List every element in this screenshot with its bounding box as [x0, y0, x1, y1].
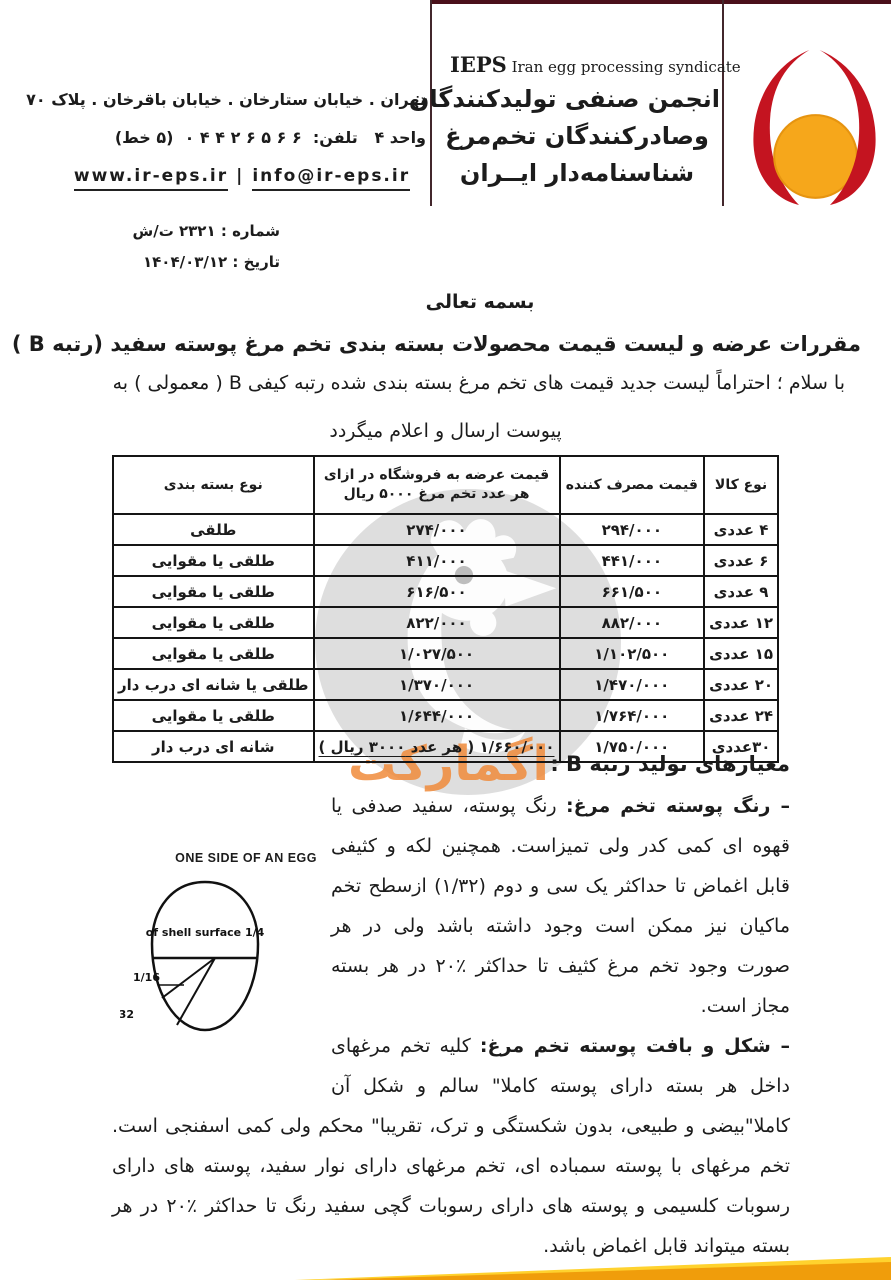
- email-link[interactable]: info@ir-eps.ir: [252, 166, 410, 191]
- org-en-rest: Iran egg processing syndicate: [507, 58, 741, 76]
- org-fa-line3: شناسنامه‌دار ایــران: [434, 155, 720, 192]
- col-consumer-price: قیمت مصرف کننده: [560, 456, 705, 514]
- table-row: ۶ عددی۴۴۱/۰۰۰۴۱۱/۰۰۰طلقی یا مقوایی: [113, 545, 778, 576]
- cell-product: ۱۵ عددی: [704, 638, 778, 669]
- cell-product: ۹ عددی: [704, 576, 778, 607]
- table-row: ۱۵ عددی۱/۱۰۲/۵۰۰۱/۰۲۷/۵۰۰طلقی یا مقوایی: [113, 638, 778, 669]
- table-row: ۲۰ عددی۱/۴۷۰/۰۰۰۱/۳۷۰/۰۰۰طلقی یا شانه ای…: [113, 669, 778, 700]
- cell-store-price: ۱/۰۲۷/۵۰۰: [314, 638, 560, 669]
- cell-packaging: طلقی: [113, 514, 314, 545]
- label-one-sixteenth: 1/16: [133, 971, 160, 984]
- cell-product: ۲۴ عددی: [704, 700, 778, 731]
- intro-line2: پیوست ارسال و اعلام میگردد: [0, 420, 891, 442]
- letter-number: شماره : ۲۳۲۱ ت/ش: [128, 222, 280, 240]
- cell-consumer-price: ۱/۴۷۰/۰۰۰: [560, 669, 705, 700]
- cell-store-price: ۴۱۱/۰۰۰: [314, 545, 560, 576]
- cell-store-price: ۸۲۲/۰۰۰: [314, 607, 560, 638]
- para-shell-color: ONE SIDE OF AN EGG 1/4 of shell surface …: [112, 786, 790, 1026]
- cell-product: ۲۰ عددی: [704, 669, 778, 700]
- criteria-heading: معیارهای تولید رتبه B :: [112, 752, 790, 776]
- cell-packaging: طلقی یا شانه ای درب دار: [113, 669, 314, 700]
- cell-consumer-price: ۱/۱۰۲/۵۰۰: [560, 638, 705, 669]
- cell-consumer-price: ۸۸۲/۰۰۰: [560, 607, 705, 638]
- cell-store-price: ۱/۳۷۰/۰۰۰: [314, 669, 560, 700]
- cell-store-price: ۶۱۶/۵۰۰: [314, 576, 560, 607]
- cell-consumer-price: ۶۶۱/۵۰۰: [560, 576, 705, 607]
- cell-packaging: طلقی یا مقوایی: [113, 638, 314, 669]
- cell-packaging: طلقی یا مقوایی: [113, 607, 314, 638]
- egg-tulip-logo-icon: [737, 46, 891, 208]
- header-divider-right: [722, 0, 724, 206]
- phone-line: واحد ۴ تلفن: ۶ ۶ ۵ ۶ ۲ ۴ ۴ ۰ (۵ خط): [58, 128, 426, 148]
- links-line: www.ir-eps.ir|info@ir-eps.ir: [58, 166, 426, 186]
- org-name-farsi: انجمن صنفی تولیدکنندگان وصادرکنندگان تخم…: [434, 81, 720, 192]
- criteria-section: معیارهای تولید رتبه B : ONE SIDE OF AN E…: [112, 752, 790, 1266]
- col-packaging: نوع بسته بندی: [113, 456, 314, 514]
- cell-packaging: طلقی یا مقوایی: [113, 700, 314, 731]
- intro-line1: با سلام ؛ احتراماً لیست جدید قیمت های تخ…: [45, 372, 845, 394]
- egg-diagram-caption: ONE SIDE OF AN EGG: [175, 851, 317, 865]
- cell-store-price: ۲۷۴/۰۰۰: [314, 514, 560, 545]
- address-line: تهران . خیابان ستارخان . خیابان باقرخان …: [58, 90, 426, 110]
- scanned-letter-page: تهران . خیابان ستارخان . خیابان باقرخان …: [0, 0, 891, 1280]
- para1-lead: – رنگ پوسته تخم مرغ:: [566, 795, 790, 817]
- letter-date: تاریخ : ۱۴۰۴/۰۳/۱۲: [128, 253, 280, 271]
- egg-diagram: ONE SIDE OF AN EGG 1/4 of shell surface …: [112, 836, 317, 1086]
- egg-diagram-figure: 1/4 of shell surface 1/16 1/32: [120, 878, 310, 1050]
- org-abbr: IEPS: [450, 52, 507, 77]
- para1-text: رنگ پوسته، سفید صدفی یا قهوه ای کمی کدر …: [331, 795, 790, 1017]
- para2-lead: – شکل و بافت پوسته تخم مرغ:: [480, 1035, 790, 1057]
- price-table-wrap: نوع کالا قیمت مصرف کننده قیمت عرضه به فر…: [112, 455, 779, 763]
- cell-consumer-price: ۱/۷۶۴/۰۰۰: [560, 700, 705, 731]
- footer-band: [0, 1256, 891, 1280]
- cell-consumer-price: ۲۹۴/۰۰۰: [560, 514, 705, 545]
- price-table: نوع کالا قیمت مصرف کننده قیمت عرضه به فر…: [112, 455, 779, 763]
- org-title-block: IEPS Iran egg processing syndicate انجمن…: [434, 52, 720, 192]
- org-fa-line1: انجمن صنفی تولیدکنندگان: [434, 81, 720, 118]
- letter-meta: شماره : ۲۳۲۱ ت/ش تاریخ : ۱۴۰۴/۰۳/۱۲: [128, 222, 280, 284]
- contact-block: تهران . خیابان ستارخان . خیابان باقرخان …: [58, 90, 426, 186]
- table-row: ۱۲ عددی۸۸۲/۰۰۰۸۲۲/۰۰۰طلقی یا مقوایی: [113, 607, 778, 638]
- website-link[interactable]: www.ir-eps.ir: [74, 166, 228, 191]
- link-separator: |: [236, 166, 244, 186]
- col-product-type: نوع کالا: [704, 456, 778, 514]
- bismillah: بسمه تعالی: [370, 291, 590, 313]
- cell-product: ۱۲ عددی: [704, 607, 778, 638]
- table-row: ۲۴ عددی۱/۷۶۴/۰۰۰۱/۶۴۴/۰۰۰طلقی یا مقوایی: [113, 700, 778, 731]
- top-rule: [430, 0, 891, 4]
- cell-store-price: ۱/۶۴۴/۰۰۰: [314, 700, 560, 731]
- table-row: ۴ عددی۲۹۴/۰۰۰۲۷۴/۰۰۰طلقی: [113, 514, 778, 545]
- table-header-row: نوع کالا قیمت مصرف کننده قیمت عرضه به فر…: [113, 456, 778, 514]
- label-one-thirtysecond: 1/32: [120, 1008, 134, 1021]
- cell-product: ۶ عددی: [704, 545, 778, 576]
- cell-packaging: طلقی یا مقوایی: [113, 576, 314, 607]
- org-name-english: IEPS Iran egg processing syndicate: [434, 52, 720, 77]
- col-store-price: قیمت عرضه به فروشگاه در ازای هر عدد تخم …: [314, 456, 560, 514]
- org-fa-line2: وصادرکنندگان تخم‌مرغ: [434, 118, 720, 155]
- ieps-logo: [737, 46, 891, 208]
- table-row: ۹ عددی۶۶۱/۵۰۰۶۱۶/۵۰۰طلقی یا مقوایی: [113, 576, 778, 607]
- letter-title: مقررات عرضه و لیست قیمت محصولات بسته بند…: [30, 332, 861, 356]
- cell-consumer-price: ۴۴۱/۰۰۰: [560, 545, 705, 576]
- label-quarter-shell: 1/4 of shell surface: [145, 926, 264, 939]
- cell-packaging: طلقی یا مقوایی: [113, 545, 314, 576]
- cell-product: ۴ عددی: [704, 514, 778, 545]
